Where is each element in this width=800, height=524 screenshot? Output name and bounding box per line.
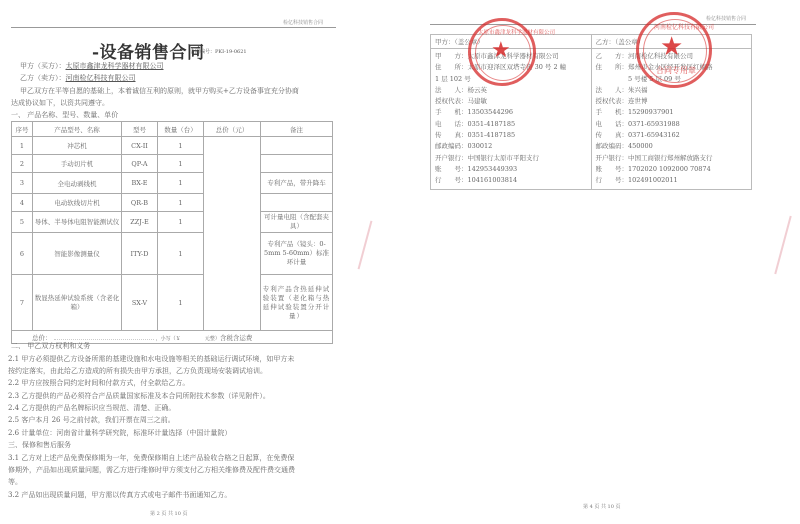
cell-name: 电动软线切片机 — [33, 194, 122, 212]
table-row: 7 数显热延伸试验系统（含老化箱） SX-V 1 专利产品含热延伸试验装置（老化… — [12, 275, 333, 331]
cell-qty: 1 — [158, 212, 204, 233]
cell-name: 数显热延伸试验系统（含老化箱） — [33, 275, 122, 331]
party-a-name: 太原市鑫津龙科学器材有限公司 — [66, 62, 164, 70]
cell-note: 专利产品，带升降车 — [261, 173, 333, 194]
table-header-row: 序号 产品型号、名称 型号 数量（台） 总价（元） 备注 — [12, 122, 333, 137]
cell-model: SX-V — [122, 275, 158, 331]
clause-2-5: 2.5 客户本月 26 号之前付款，我们开票在周三之前。 — [8, 415, 175, 425]
contract-number: 合同编号：PKI-19-0621 — [190, 48, 247, 55]
party-b-label: 乙方（卖方）： — [20, 74, 66, 82]
seal-text: 太原市鑫津龙科学器材有限公司 — [478, 28, 555, 36]
contract-number-label: 合同编号： — [190, 49, 215, 55]
party-a-authorized-rep: 授权代表：马建敏 — [435, 96, 587, 107]
table-row: 2 手动切片机 QP-A 1 — [12, 155, 333, 173]
clause-2-4: 2.4 乙方提供的产品名牌标识应当规范、清楚、正确。 — [8, 403, 175, 413]
clause-2-3: 2.3 乙方提供的产品必须符合产品质量国家标准及本合同所附技术参数（详见附件）。 — [8, 391, 270, 401]
seal-bottom-text: 合同专用章 — [656, 65, 696, 76]
clause-3-1b: 修期外，产品如出现质量问题，需乙方进行维修时甲方须支付乙方相关维修费及配件费交通… — [8, 465, 295, 475]
party-a-mobile: 手 机：13503544296 — [435, 107, 587, 118]
seal-star-icon: ★ — [660, 36, 683, 58]
party-b-fax: 传 真：0371-65943162 — [596, 130, 748, 141]
party-b-name: 河南检亿科技有限公司 — [66, 74, 136, 82]
header-rule — [11, 27, 336, 28]
cell-model: QP-A — [122, 155, 158, 173]
running-head: 检亿科技销售合同 — [283, 19, 323, 26]
party-a-label: 甲方（买方）： — [20, 62, 66, 70]
cell-model: CX-II — [122, 137, 158, 155]
contract-number-value: PKI-19-0621 — [215, 49, 247, 55]
party-b-line: 乙方（卖方）：河南检亿科技有限公司 — [20, 73, 136, 83]
clause-3-1c: 等。 — [8, 477, 22, 487]
table-row: 5 导体、半导体电阻智能测试仪 ZZJ-E 1 可计量电阻（含配套夹具） — [12, 212, 333, 233]
section-3-heading: 三、保修和售后服务 — [8, 440, 71, 450]
cell-no: 4 — [12, 194, 33, 212]
page-footer: 第 4 页 共 10 页 — [583, 503, 621, 510]
clause-2-2: 2.2 甲方应按照合同约定时间和付款方式，付全款给乙方。 — [8, 378, 189, 388]
products-table: 序号 产品型号、名称 型号 数量（台） 总价（元） 备注 1 冲芯机 CX-II… — [11, 121, 333, 344]
col-header-model: 型号 — [122, 122, 158, 137]
cell-name: 手动切片机 — [33, 155, 122, 173]
section-1-heading: 一、 产品名称、型号、数量、单价 — [11, 110, 118, 120]
cell-note — [261, 137, 333, 155]
cell-model: QR-B — [122, 194, 158, 212]
seal-star-icon: ★ — [491, 40, 511, 62]
cell-qty: 1 — [158, 275, 204, 331]
col-header-name: 产品型号、名称 — [33, 122, 122, 137]
party-a-phone: 电 话：0351-4187185 — [435, 119, 587, 130]
page-footer: 第 2 页 共 10 页 — [150, 510, 188, 517]
col-header-qty: 数量（台） — [158, 122, 204, 137]
total-unit: 元整） — [205, 336, 220, 342]
party-a-fax: 传 真：0351-4187185 — [435, 130, 587, 141]
cell-no: 1 — [12, 137, 33, 155]
total-amount-blank — [54, 339, 154, 340]
seal-text: 河南检亿科技有限公司 — [654, 22, 714, 31]
cell-name: 全电动剥线机 — [33, 173, 122, 194]
col-header-no: 序号 — [12, 122, 33, 137]
party-b-authorized-rep: 授权代表：连世博 — [596, 96, 748, 107]
cell-qty: 1 — [158, 173, 204, 194]
table-row: 1 冲芯机 CX-II 1 — [12, 137, 333, 155]
party-b-postcode: 邮政编码：450000 — [596, 141, 748, 152]
cell-note: 专利产品（镜头：0-5mm 5-60mm）标准环计量 — [261, 233, 333, 275]
table-row: 3 全电动剥线机 BX-E 1 专利产品，带升降车 — [12, 173, 333, 194]
table-row: 4 电动软线切片机 QR-B 1 — [12, 194, 333, 212]
table-row: 6 智能影像测量仪 ITY-D 1 专利产品（镜头：0-5mm 5-60mm）标… — [12, 233, 333, 275]
cell-no: 5 — [12, 212, 33, 233]
clause-2-6: 2.6 计量单位：河南省计量科学研究院，标准环计量选择（中国计量院） — [8, 428, 231, 438]
cell-qty: 1 — [158, 194, 204, 212]
cell-note: 专利产品含热延伸试验装置（老化箱与热延伸试验装置分开计量） — [261, 275, 333, 331]
clause-2-1a: 2.1 甲方必须提供乙方设备所需的基建设施和水电设施等相关的基础运行调试环境，如… — [8, 354, 294, 364]
party-a-bank-code: 行 号：104161003814 — [435, 175, 587, 186]
cell-no: 7 — [12, 275, 33, 331]
total-small-label: ，小写（￥ — [156, 336, 181, 342]
clause-2-1b: 按约定落实，由此给乙方造成的所有损失由甲方承担，乙方负责现场安装调试培训。 — [8, 366, 267, 376]
party-a-line: 甲方（买方）：太原市鑫津龙科学器材有限公司 — [20, 61, 164, 71]
cell-no: 3 — [12, 173, 33, 194]
intro-paragraph-2: 达成协议如下，以资共同遵守。 — [11, 98, 109, 108]
clause-3-1a: 3.1 乙方对上述产品免费保修期为一年，免费保修期自上述产品验收合格之日起算，在… — [8, 453, 294, 463]
cell-model: ITY-D — [122, 233, 158, 275]
party-a-account: 账 号：142953449393 — [435, 164, 587, 175]
party-a-legal-rep: 法 人：杨云英 — [435, 85, 587, 96]
col-header-note: 备注 — [261, 122, 333, 137]
cell-note — [261, 155, 333, 173]
total-suffix: 含税含运费 — [220, 334, 253, 342]
cell-no: 6 — [12, 233, 33, 275]
party-b-account: 账 号：1702020 1092000 70874 — [596, 164, 748, 175]
cell-name: 智能影像测量仪 — [33, 233, 122, 275]
cell-note: 可计量电阻（含配套夹具） — [261, 212, 333, 233]
contract-page-2: 检亿科技销售合同 -设备销售合同 合同编号：PKI-19-0621 甲方（买方）… — [0, 0, 400, 524]
intro-paragraph-1: 甲乙双方在平等自愿的基础上，本着诚信互利的原则，就甲方购买+乙方设备事宜充分协商 — [20, 86, 299, 96]
cell-qty: 1 — [158, 137, 204, 155]
party-b-bank-code: 行 号：102491002011 — [596, 175, 748, 186]
party-a-bank: 开户银行：中国银行太原市平阳支行 — [435, 153, 587, 164]
party-b-mobile: 手 机：15290937901 — [596, 107, 748, 118]
cell-total-merged — [204, 137, 261, 331]
col-header-total: 总价（元） — [204, 122, 261, 137]
clause-3-2: 3.2 产品如出现质量问题，甲方需以传真方式或电子邮件书面通知乙方。 — [8, 490, 231, 500]
cell-qty: 1 — [158, 155, 204, 173]
running-head: 检亿科技销售合同 — [706, 15, 746, 22]
stamp-residue-mark — [774, 216, 791, 274]
document-title: -设备销售合同 — [92, 38, 205, 63]
party-a-postcode: 邮政编码：030012 — [435, 141, 587, 152]
cell-qty: 1 — [158, 233, 204, 275]
cell-model: BX-E — [122, 173, 158, 194]
cell-note — [261, 194, 333, 212]
party-b-phone: 电 话：0371-65931988 — [596, 119, 748, 130]
cell-model: ZZJ-E — [122, 212, 158, 233]
section-2-heading: 二、 甲乙双方权利和义务 — [11, 341, 90, 351]
stamp-residue-mark — [358, 221, 373, 270]
cell-name: 冲芯机 — [33, 137, 122, 155]
party-b-bank: 开户银行：中国工商银行郑州解放路支行 — [596, 153, 748, 164]
cell-no: 2 — [12, 155, 33, 173]
cell-name: 导体、半导体电阻智能测试仪 — [33, 212, 122, 233]
